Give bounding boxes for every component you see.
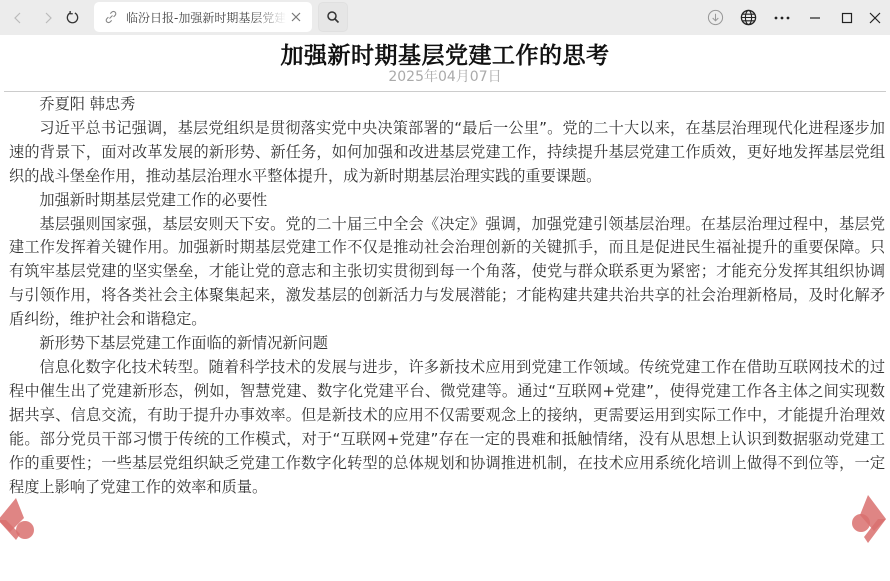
close-icon	[291, 12, 301, 22]
window-close-button[interactable]	[860, 0, 890, 35]
article-paragraph: 基层强则国家强，基层安则天下安。党的二十届三中全会《决定》强调，加强党建引领基层…	[9, 213, 885, 333]
next-page-arrow-icon	[846, 493, 890, 551]
section-heading: 新形势下基层党建工作面临的新情况新问题	[9, 332, 885, 356]
maximize-icon	[841, 12, 853, 24]
minimize-icon	[809, 12, 821, 24]
download-icon	[707, 9, 724, 26]
browser-toolbar: 临汾日报-加强新时期基层党建工作的思考	[0, 0, 890, 35]
more-button[interactable]	[767, 0, 797, 35]
prev-page-arrow-icon	[0, 496, 38, 554]
next-page-button[interactable]	[846, 493, 890, 551]
active-tab[interactable]: 临汾日报-加强新时期基层党建工作的思考	[94, 2, 312, 32]
article-date: 2025年04月07日	[0, 66, 890, 86]
title-divider	[4, 91, 886, 92]
chevron-left-icon	[11, 11, 25, 25]
maximize-button[interactable]	[832, 0, 862, 35]
article-paragraph: 习近平总书记强调，基层党组织是贯彻落实党中央决策部署的“最后一公里”。党的二十大…	[9, 117, 885, 189]
article-body: 乔夏阳 韩忠秀 习近平总书记强调，基层党组织是贯彻落实党中央决策部署的“最后一公…	[9, 93, 885, 499]
chevron-right-icon	[41, 11, 55, 25]
minimize-button[interactable]	[800, 0, 830, 35]
download-button[interactable]	[700, 0, 730, 35]
link-icon	[104, 10, 118, 24]
article-page: 加强新时期基层党建工作的思考 2025年04月07日 乔夏阳 韩忠秀 习近平总书…	[0, 35, 890, 581]
article-authors: 乔夏阳 韩忠秀	[9, 93, 885, 117]
close-icon	[869, 12, 881, 24]
reload-button[interactable]	[58, 0, 86, 35]
globe-button[interactable]	[733, 0, 763, 35]
prev-page-button[interactable]	[0, 496, 38, 554]
search-button[interactable]	[318, 2, 348, 32]
back-button[interactable]	[4, 0, 32, 35]
more-icon	[774, 16, 790, 20]
section-heading: 加强新时期基层党建工作的必要性	[9, 189, 885, 213]
article-paragraph: 信息化数字化技术转型。随着科学技术的发展与进步，许多新技术应用到党建工作领域。传…	[9, 356, 885, 499]
tab-close-button[interactable]	[288, 9, 304, 25]
reload-icon	[65, 10, 80, 25]
search-icon	[326, 10, 340, 24]
globe-icon	[740, 9, 757, 26]
tab-title: 临汾日报-加强新时期基层党建工作的思考	[126, 9, 286, 26]
